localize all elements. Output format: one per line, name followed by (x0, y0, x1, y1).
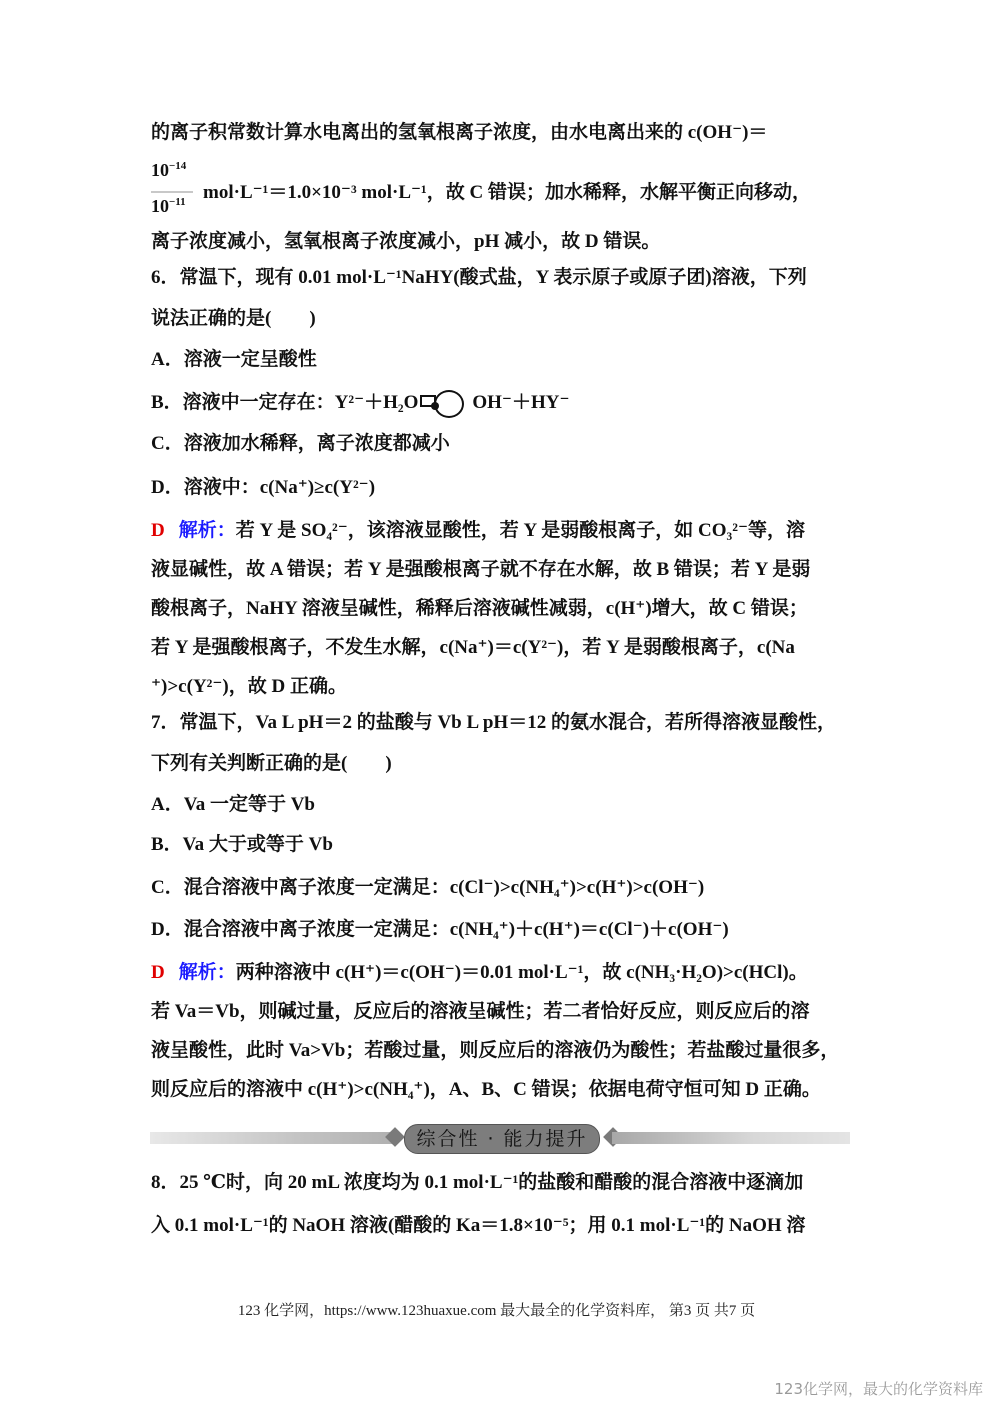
q7-analysis-line-4: 则反应后的溶液中 c(H⁺)>c(NH₄⁺)，A、B、C 错误；依据电荷守恒可知… (151, 1078, 851, 1102)
continuation-line-2: mol·L⁻¹＝1.0×10⁻³ mol·L⁻¹，故 C 错误；加水稀释，水解平… (203, 181, 853, 205)
q8-stem-line-2: 入 0.1 mol·L⁻¹的 NaOH 溶液(醋酸的 Ka＝1.8×10⁻⁵；用… (151, 1214, 851, 1238)
q7-option-c: C．混合溶液中离子浓度一定满足：c(Cl⁻)>c(NH₄⁺)>c(H⁺)>c(O… (151, 876, 851, 900)
q6-analysis-line-1: D解析：若 Y 是 SO₄²⁻，该溶液显酸性，若 Y 是弱酸根离子，如 CO₃²… (151, 519, 851, 543)
banner-bar-right (612, 1132, 850, 1144)
continuation-line-3: 离子浓度减小，氢氧根离子浓度减小，pH 减小，故 D 错误。 (151, 230, 851, 254)
fraction-bar (151, 191, 193, 193)
fraction-denominator-base: 10 (151, 196, 169, 216)
q6-analysis-text: 若 Y 是 SO₄²⁻，该溶液显酸性，若 Y 是弱酸根离子，如 CO₃²⁻等，溶 (236, 520, 805, 541)
watermark: 123化学网，最大的化学资料库 (774, 1378, 983, 1399)
q6-option-c: C．溶液加水稀释，离子浓度都减小 (151, 432, 851, 456)
q6-stem-line-2: 说法正确的是( ) (151, 307, 851, 331)
document-page: 的离子积常数计算水电离出的氢氧根离子浓度，由水电离出来的 c(OH⁻)＝ 10−… (0, 0, 993, 1404)
q6-analysis-line-3: 酸根离子，NaHY 溶液呈碱性，稀释后溶液碱性减弱，c(H⁺)增大，故 C 错误… (151, 597, 851, 621)
q6-answer: D (151, 520, 165, 541)
q7-analysis-line-1: D解析：两种溶液中 c(H⁺)＝c(OH⁻)＝0.01 mol·L⁻¹，故 c(… (151, 961, 851, 985)
q6-option-b-prefix: B．溶液中一定存在：Y²⁻＋H₂O (151, 392, 418, 413)
equilibrium-arrow-icon (420, 392, 470, 412)
page-footer: 123 化学网，https://www.123huaxue.com 最大最全的化… (0, 1299, 993, 1320)
q6-stem-line-1: 6．常温下，现有 0.01 mol·L⁻¹NaHY(酸式盐，Y 表示原子或原子团… (151, 266, 851, 290)
continuation-line-1: 的离子积常数计算水电离出的氢氧根离子浓度，由水电离出来的 c(OH⁻)＝ (151, 121, 851, 145)
q6-option-b-suffix: OH⁻＋HY⁻ (472, 392, 569, 413)
q6-analysis-line-5: ⁺)>c(Y²⁻)，故 D 正确。 (151, 675, 851, 699)
banner-bar-left (150, 1132, 395, 1144)
section-banner: 综合性 · 能力提升 (150, 1124, 850, 1152)
section-banner-title: 综合性 · 能力提升 (404, 1124, 600, 1154)
q6-analysis-label: 解析： (179, 520, 236, 541)
q7-option-b: B．Va 大于或等于 Vb (151, 833, 851, 857)
fraction-denominator-exp: −11 (169, 196, 186, 208)
q7-analysis-line-3: 液呈酸性，此时 Va>Vb；若酸过量，则反应后的溶液仍为酸性；若盐酸过量很多， (151, 1039, 851, 1063)
fraction-numerator: 10−14 (151, 160, 186, 181)
q8-stem-line-1: 8．25 ℃时，向 20 mL 浓度均为 0.1 mol·L⁻¹的盐酸和醋酸的混… (151, 1171, 851, 1195)
q7-answer: D (151, 962, 165, 983)
q7-option-d: D．混合溶液中离子浓度一定满足：c(NH₄⁺)＋c(H⁺)＝c(Cl⁻)＋c(O… (151, 918, 851, 942)
q6-option-b: B．溶液中一定存在：Y²⁻＋H₂OOH⁻＋HY⁻ (151, 391, 851, 415)
q6-analysis-line-4: 若 Y 是强酸根离子，不发生水解，c(Na⁺)＝c(Y²⁻)，若 Y 是弱酸根离… (151, 636, 851, 660)
fraction-numerator-exp: −14 (169, 160, 186, 172)
q6-option-a: A．溶液一定呈酸性 (151, 348, 851, 372)
q7-analysis-text: 两种溶液中 c(H⁺)＝c(OH⁻)＝0.01 mol·L⁻¹，故 c(NH₃·… (236, 962, 808, 983)
q6-analysis-line-2: 液显碱性，故 A 错误；若 Y 是强酸根离子就不存在水解，故 B 错误；若 Y … (151, 558, 851, 582)
q7-analysis-label: 解析： (179, 962, 236, 983)
fraction-denominator: 10−11 (151, 196, 186, 217)
q7-stem-line-2: 下列有关判断正确的是( ) (151, 752, 851, 776)
q7-option-a: A．Va 一定等于 Vb (151, 793, 851, 817)
fraction-numerator-base: 10 (151, 160, 169, 180)
q7-stem-line-1: 7．常温下，Va L pH＝2 的盐酸与 Vb L pH＝12 的氨水混合，若所… (151, 711, 851, 735)
q7-analysis-line-2: 若 Va＝Vb，则碱过量，反应后的溶液呈碱性；若二者恰好反应，则反应后的溶 (151, 1000, 851, 1024)
q6-option-d: D．溶液中：c(Na⁺)≥c(Y²⁻) (151, 476, 851, 500)
